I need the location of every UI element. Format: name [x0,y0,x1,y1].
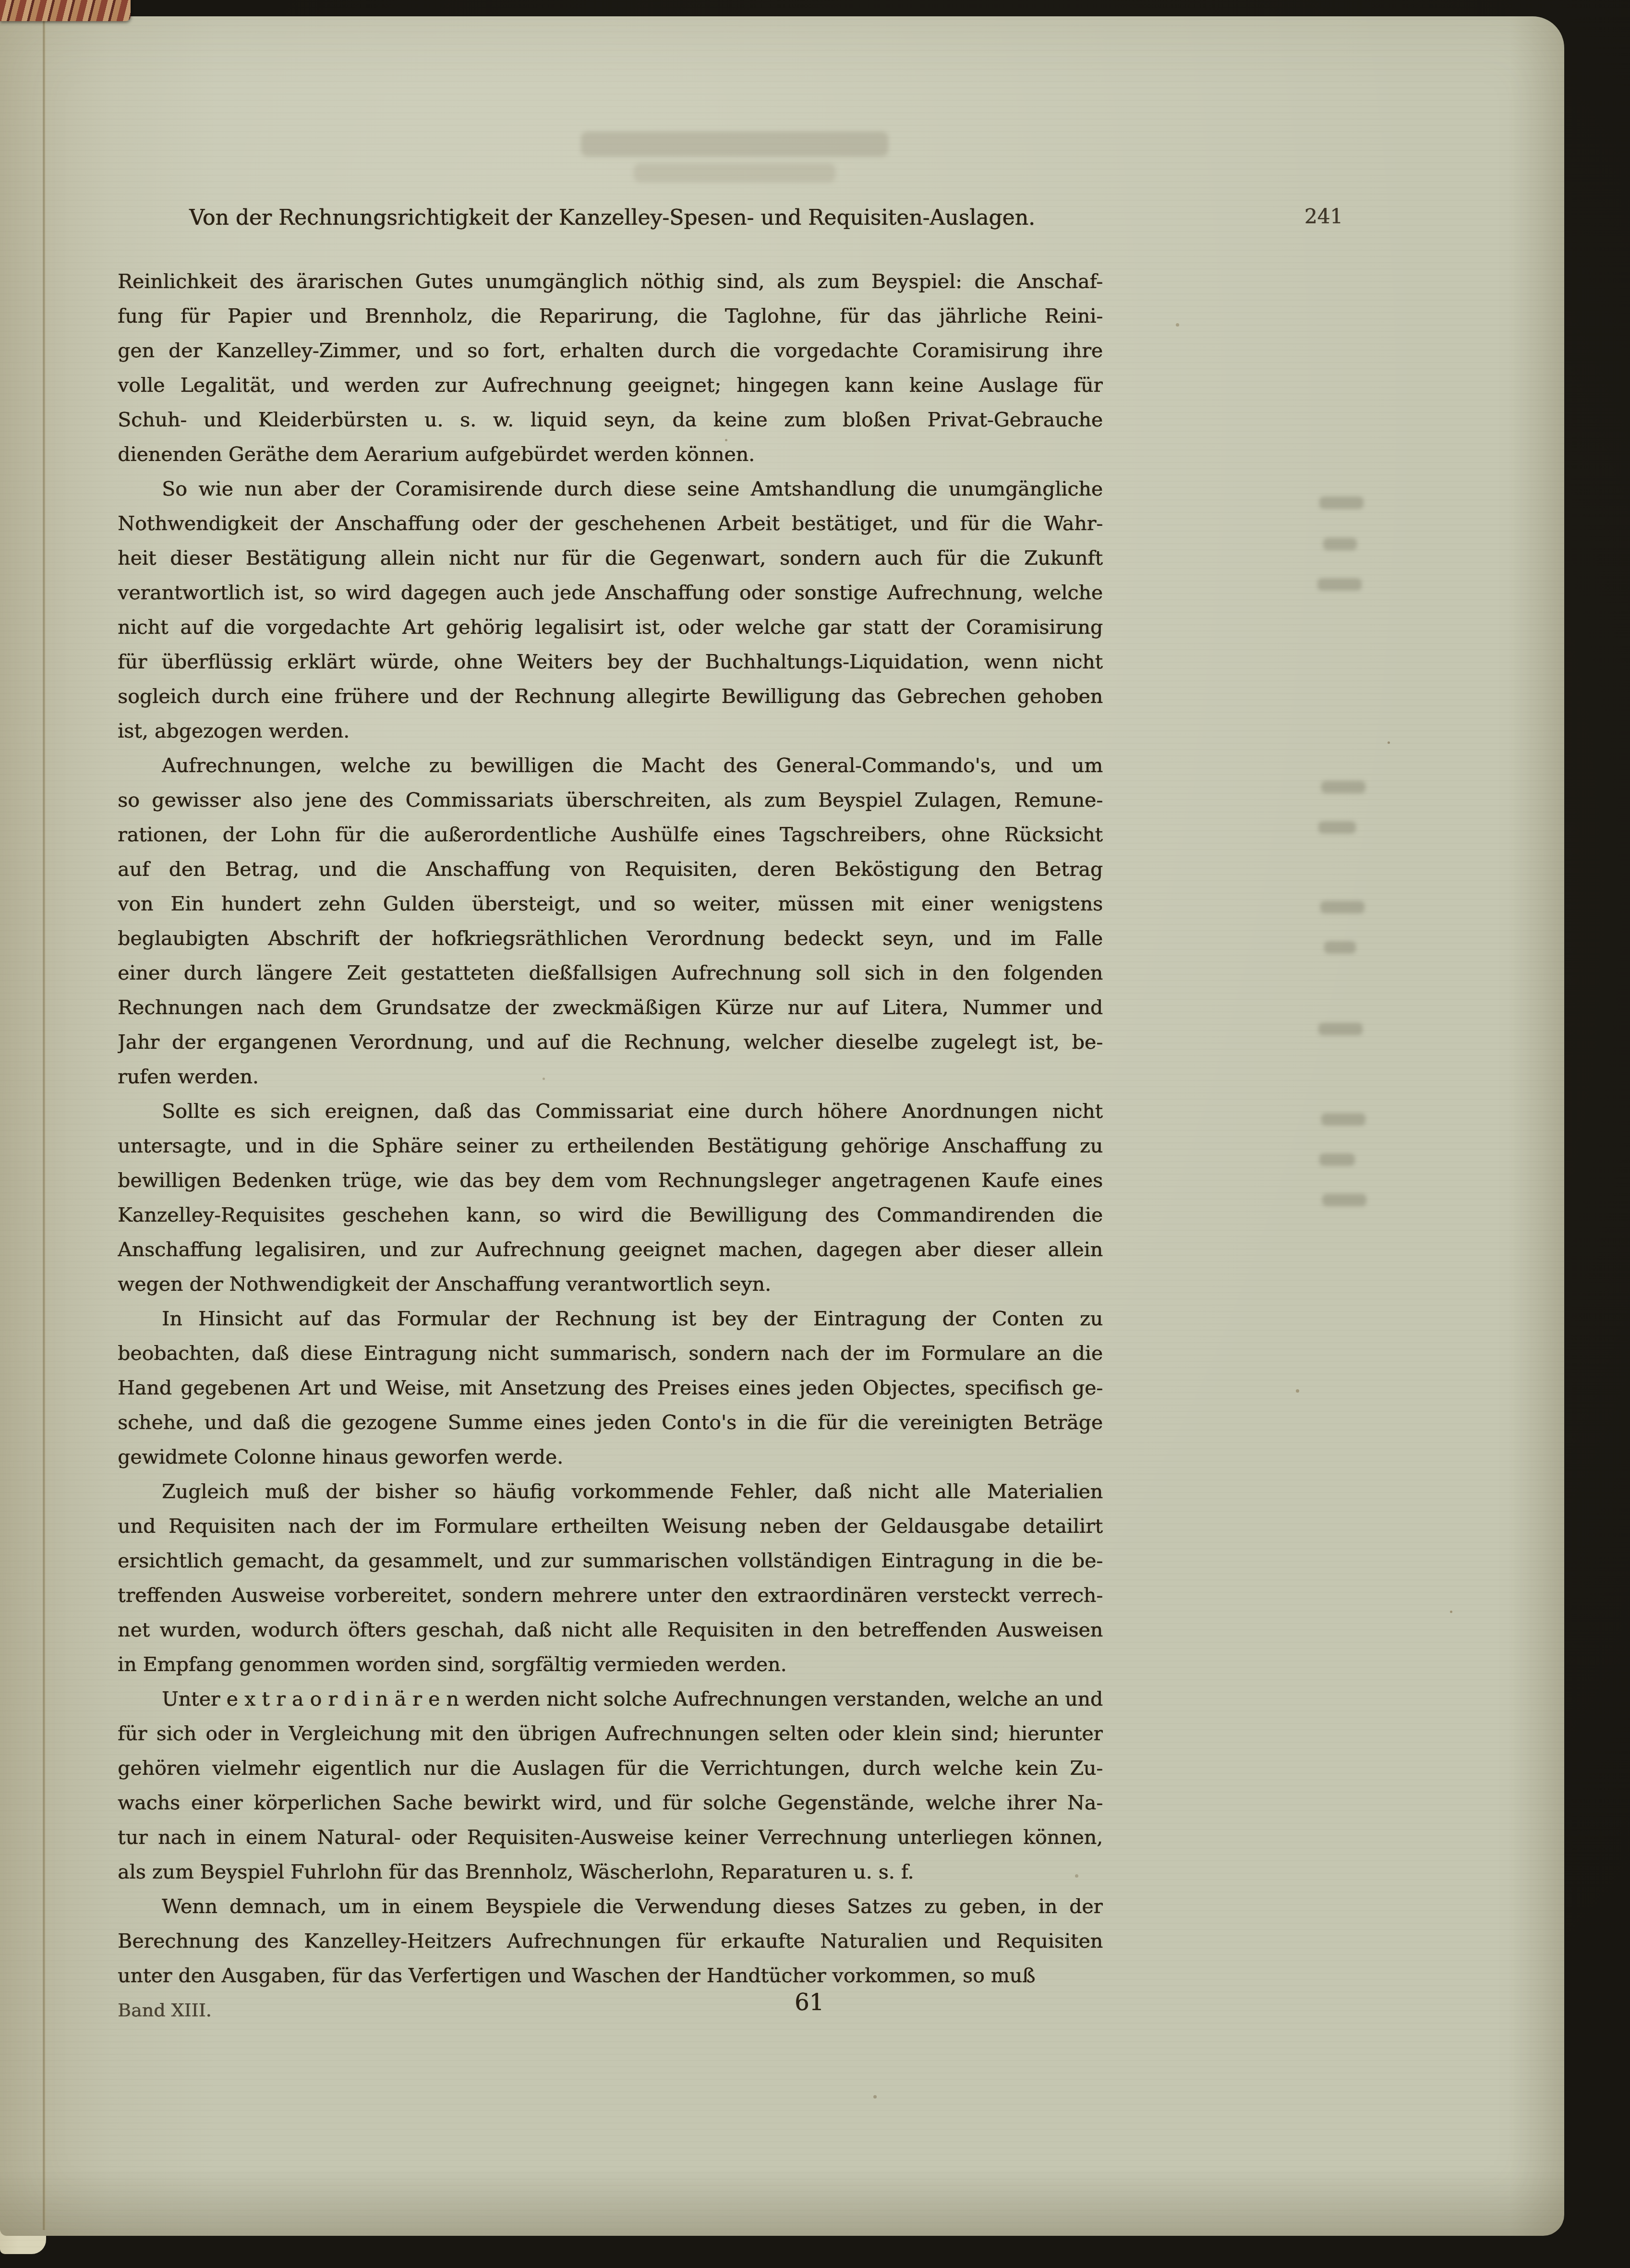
bleedthrough-mark [1321,781,1365,793]
text-line: beglaubigten Abschrift der hofkriegsräth… [118,921,1103,956]
text-line: beobachten, daß diese Eintragung nicht s… [118,1336,1103,1371]
text-line: verantwortlich ist, so wird dagegen auch… [118,575,1103,610]
text-line: net wurden, wodurch öfters geschah, daß … [118,1613,1103,1647]
text-line: Wenn demnach, um in einem Beyspiele die … [118,1889,1103,1924]
bleedthrough-mark [1320,901,1364,913]
text-line: sogleich durch eine frühere und der Rech… [118,679,1103,714]
text-line: rufen werden. [118,1059,1103,1094]
bleedthrough-mark [1324,941,1356,954]
book-page: Von der Rechnungsrichtigkeit der Kanzell… [0,16,1564,2236]
text-line: Unter e x t r a o r d i n ä r e n werden… [118,1682,1103,1716]
text-line: untersagte, und in die Sphäre seiner zu … [118,1128,1103,1163]
page-footer: Band XIII. 61 [118,1989,1103,2032]
text-line: schehe, und daß die gezogene Summe eines… [118,1405,1103,1440]
text-line: So wie nun aber der Coramisirende durch … [118,472,1103,506]
text-line: In Hinsicht auf das Formular der Rechnun… [118,1301,1103,1336]
sheet-number: 61 [795,1989,824,2016]
paragraph: So wie nun aber der Coramisirende durch … [118,472,1103,748]
text-line: für überflüssig erklärt würde, ohne Weit… [118,644,1103,679]
volume-signature: Band XIII. [118,2000,212,2021]
text-line: volle Legalität, und werden zur Aufrechn… [118,368,1103,402]
text-line: von Ein hundert zehn Gulden übersteigt, … [118,886,1103,921]
bleedthrough-mark [1317,578,1362,591]
text-line: fung für Papier und Brennholz, die Repar… [118,299,1103,333]
gutter-crease [42,16,46,2230]
text-line: und Requisiten nach der im Formulare ert… [118,1509,1103,1543]
text-line: Zugleich muß der bisher so häufig vorkom… [118,1474,1103,1509]
text-line: tur nach in einem Natural- oder Requisit… [118,1820,1103,1855]
page-header: Von der Rechnungsrichtigkeit der Kanzell… [118,203,1352,236]
bleedthrough-smudge [581,132,888,157]
text-line: Rechnungen nach dem Grundsatze der zweck… [118,990,1103,1025]
page-number: 241 [1304,205,1343,228]
paragraph: Zugleich muß der bisher so häufig vorkom… [118,1474,1103,1682]
bleedthrough-mark [1319,1153,1355,1166]
text-line: Reinlichkeit des ärarischen Gutes unumgä… [118,264,1103,299]
text-line: bewilligen Bedenken trüge, wie das bey d… [118,1163,1103,1198]
text-line: Berechnung des Kanzelley-Heitzers Aufrec… [118,1924,1103,1958]
paragraph: Unter e x t r a o r d i n ä r e n werden… [118,1682,1103,1889]
text-line: einer durch längere Zeit gestatteten die… [118,956,1103,990]
text-line: wachs einer körperlichen Sache bewirkt w… [118,1785,1103,1820]
paragraph: Reinlichkeit des ärarischen Gutes unumgä… [118,264,1103,472]
scan-background: { "page": { "header": { "running_title":… [0,0,1630,2268]
text-line: als zum Beyspiel Fuhrlohn für das Brennh… [118,1855,1103,1889]
text-line: Sollte es sich ereignen, daß das Commiss… [118,1094,1103,1128]
text-line: Jahr der ergangenen Verordnung, und auf … [118,1025,1103,1059]
paragraph: Sollte es sich ereignen, daß das Commiss… [118,1094,1103,1301]
text-line: Aufrechnungen, welche zu bewilligen die … [118,748,1103,783]
text-line: gewidmete Colonne hinaus geworfen werde. [118,1440,1103,1474]
book-endband [0,0,131,21]
text-line: gehören vielmehr eigentlich nur die Ausl… [118,1751,1103,1785]
text-line: ersichtlich gemacht, da gesammelt, und z… [118,1543,1103,1578]
paragraph: Wenn demnach, um in einem Beyspiele die … [118,1889,1103,1993]
text-line: unter den Ausgaben, für das Verfertigen … [118,1958,1103,1993]
bleedthrough-mark [1319,497,1364,509]
text-block: Reinlichkeit des ärarischen Gutes unumgä… [118,264,1103,1993]
bleedthrough-smudge [634,163,835,182]
text-line: Kanzelley-Requisites geschehen kann, so … [118,1198,1103,1232]
text-line: auf den Betrag, und die Anschaffung von … [118,852,1103,886]
text-line: rationen, der Lohn für die außerordentli… [118,817,1103,852]
bleedthrough-mark [1318,1023,1363,1035]
text-line: treffenden Ausweise vorbereitet, sondern… [118,1578,1103,1613]
paragraph: In Hinsicht auf das Formular der Rechnun… [118,1301,1103,1474]
paragraph: Aufrechnungen, welche zu bewilligen die … [118,748,1103,1094]
text-line: ist, abgezogen werden. [118,714,1103,748]
text-line: heit dieser Bestätigung allein nicht nur… [118,541,1103,575]
bleedthrough-mark [1318,821,1356,834]
text-line: Schuh- und Kleiderbürsten u. s. w. liqui… [118,402,1103,437]
text-line: dienenden Geräthe dem Aerarium aufgebürd… [118,437,1103,472]
text-line: nicht auf die vorgedachte Art gehörig le… [118,610,1103,644]
text-line: Hand gegebenen Art und Weise, mit Ansetz… [118,1371,1103,1405]
bleedthrough-mark [1323,538,1357,550]
text-line: Nothwendigkeit der Anschaffung oder der … [118,506,1103,541]
text-line: Anschaffung legalisiren, und zur Aufrech… [118,1232,1103,1267]
bleedthrough-mark [1321,1113,1365,1126]
text-line: wegen der Nothwendigkeit der Anschaffung… [118,1267,1103,1301]
text-line: gen der Kanzelley-Zimmer, und so fort, e… [118,333,1103,368]
text-line: so gewisser also jene des Commissariats … [118,783,1103,817]
text-line: in Empfang genommen worden sind, sorgfäl… [118,1647,1103,1682]
text-line: für sich oder in Vergleichung mit den üb… [118,1716,1103,1751]
bleedthrough-mark [1322,1194,1366,1206]
running-title: Von der Rechnungsrichtigkeit der Kanzell… [118,203,1107,233]
